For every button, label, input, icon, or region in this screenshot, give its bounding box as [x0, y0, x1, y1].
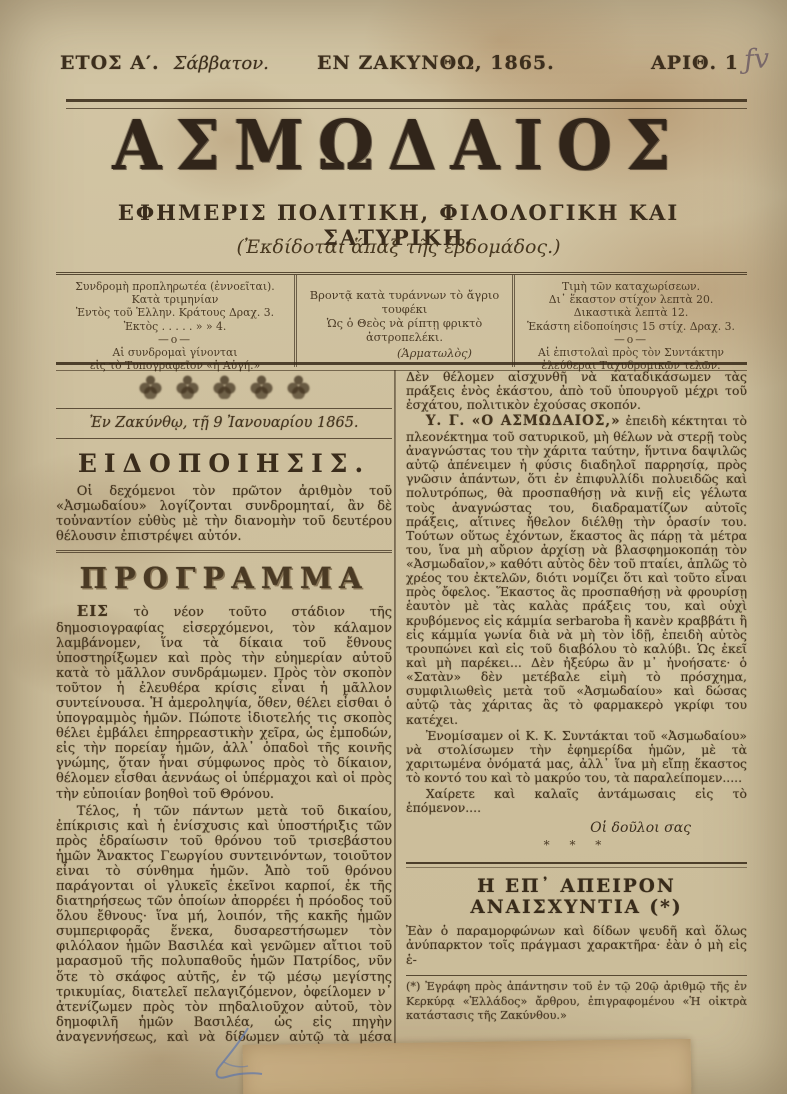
article2-paragraph: Ἐὰν ὁ παραμορφώνων καὶ δίδων ψευδῆ καὶ ὅ… [406, 924, 747, 969]
subscription-line: Αἱ συνδρομαὶ γίνονται [56, 346, 294, 359]
notice-paragraph: Οἱ δεχόμενοι τὸν πρῶτον ἀριθμὸν τοῦ «Ἀσμ… [56, 484, 392, 544]
footnote: (*) Ἐγράφη πρὸς ἀπάντησιν τοῦ ἐν τῷ 20ῷ … [406, 980, 747, 1024]
subscription-line: Συνδρομὴ προπληρωτέα (ἐννοεῖται). [56, 280, 294, 293]
programma-paragraph: Τέλος, ἡ τῶν πάντων μετὰ τοῦ δικαίου, ἐπ… [56, 804, 392, 1044]
left-column: Ἐν Ζακύνθῳ, τῇ 9 Ἰανουαρίου 1865. ΕΙΔΟΠΟ… [56, 370, 392, 1044]
masthead-motto: (Ἐκδίδοται ἅπαξ τῆς ἑβδομάδος.) [60, 236, 737, 258]
epigram-line: Βροντᾷ κατὰ τυράννων τὸ ἄγριο τουφέκι [297, 289, 512, 317]
intro-paragraph: Δὲν θέλομεν αἰσχυνθῆ νὰ καταδικάσωμεν τὰ… [406, 370, 747, 412]
programma-paragraph-text: τὸ νέον τοῦτο στάδιον τῆς δημοσιογραφίας… [56, 605, 392, 801]
drop-lead: ΕΙΣ [77, 602, 109, 620]
subscription-line: Ἐκτὸς . . . . . » » 4. [56, 320, 294, 333]
divider-rule [56, 550, 392, 553]
volume-label: ΕΤΟΣ Α′. [60, 52, 160, 74]
dateline: Ἐν Ζακύνθῳ, τῇ 9 Ἰανουαρίου 1865. [56, 411, 392, 436]
section-rule [406, 862, 747, 868]
article2-headline: Η ΕΠ᾽ ΑΠΕΙΡΟΝ ΑΝΑΙΣΧΥΝΤΙΑ (*) [406, 874, 747, 924]
column-divider-rule [394, 370, 396, 1044]
asterisk-separator: * * * [406, 836, 747, 854]
fleuron-icon [249, 372, 274, 399]
masthead-title: ΑΣΜΩΔΑΙΟΣ [60, 105, 737, 185]
blue-pencil-scribble [210, 1022, 330, 1094]
epigram-attribution: (Ἁρματωλὸς) [297, 347, 512, 361]
issue-number-label: ΑΡΙΘ. 1 [651, 52, 739, 74]
handwritten-mark: ƒv [743, 43, 770, 76]
subscription-line: Κατὰ τριμηνίαν [56, 293, 294, 306]
fleuron-icon [286, 372, 311, 399]
header-row: ΕΤΟΣ Α′. Σάββατον. ΕΝ ΖΑΚΥΝΘΩ, 1865. ΑΡΙ… [60, 52, 739, 74]
fleuron-icon [138, 372, 163, 399]
rates-line: Δι᾽ ἕκαστον στίχον λεπτὰ 20. [515, 293, 747, 306]
postscript-text: ἐπειδὴ κέκτηται τὸ πλεονέκτημα τοῦ σατυρ… [406, 413, 747, 726]
footnote-rule [406, 975, 747, 976]
info-bar: Συνδρομὴ προπληρωτέα (ἐννοεῖται). Κατὰ τ… [56, 272, 747, 367]
divider-rule [56, 408, 392, 409]
advert-rates-info: Τιμὴ τῶν καταχωρίσεων. Δι᾽ ἕκαστον στίχο… [515, 275, 747, 367]
rates-line: Ἑκάστη εἰδοποίησις 15 στίχ. Δραχ. 3. [515, 320, 747, 333]
divider-rule [56, 438, 392, 439]
fleuron-icon [175, 372, 200, 399]
fleuron-ornament-row [56, 372, 392, 406]
farewell-paragraph: Χαίρετε καὶ καλαῖς ἀντάμωσαις εἰς τὸ ἑπό… [406, 787, 747, 815]
place-date-label: ΕΝ ΖΑΚΥΝΘΩ, 1865. [317, 52, 555, 74]
ornament-separator: —ο— [515, 333, 747, 346]
rates-line: Αἱ ἐπιστολαὶ πρὸς τὸν Συντάκτην [515, 346, 747, 359]
fleuron-icon [212, 372, 237, 399]
programma-headline: ΠΡΟΓΡΑΜΜΑ [56, 555, 392, 603]
postscript-lead: Υ. Γ. «Ο ΑΣΜΩΔΑΙΟΣ,» [426, 413, 621, 429]
article-columns: Ἐν Ζακύνθῳ, τῇ 9 Ἰανουαρίου 1865. ΕΙΔΟΠΟ… [56, 370, 747, 1044]
right-column: Δὲν θέλομεν αἰσχυνθῆ νὰ καταδικάσωμεν τὰ… [398, 370, 747, 1044]
epigram: Βροντᾷ κατὰ τυράννων τὸ ἄγριο τουφέκι Ὡς… [294, 275, 515, 367]
subscription-info: Συνδρομὴ προπληρωτέα (ἐννοεῖται). Κατὰ τ… [56, 275, 294, 367]
programma-paragraph: ΕΙΣ τὸ νέον τοῦτο στάδιον τῆς δημοσιογρα… [56, 603, 392, 801]
newspaper-page: ΕΤΟΣ Α′. Σάββατον. ΕΝ ΖΑΚΥΝΘΩ, 1865. ΑΡΙ… [0, 0, 787, 1094]
signature: Οἱ δοῦλοι σας [406, 818, 747, 836]
epigram-line: Ὡς ὁ Θεὸς νὰ ρίπτῃ φρικτὸ ἀστροπελέκι. [297, 317, 512, 345]
editors-paragraph: Ἐνομίσαμεν οἱ Κ. Κ. Συντάκται τοῦ «Ἀσμωδ… [406, 729, 747, 786]
ornament-separator: —ο— [56, 333, 294, 346]
notice-headline: ΕΙΔΟΠΟΙΗΣΙΣ. [56, 441, 392, 484]
subscription-line: Ἐντὸς τοῦ Ἑλλην. Κράτους Δραχ. 3. [56, 306, 294, 319]
weekday-label: Σάββατον. [174, 53, 269, 74]
rates-line: Τιμὴ τῶν καταχωρίσεων. [515, 280, 747, 293]
rates-line: Δικαστικὰ λεπτὰ 12. [515, 306, 747, 319]
postscript-paragraph: Υ. Γ. «Ο ΑΣΜΩΔΑΙΟΣ,» ἐπειδὴ κέκτηται τὸ … [406, 414, 747, 726]
